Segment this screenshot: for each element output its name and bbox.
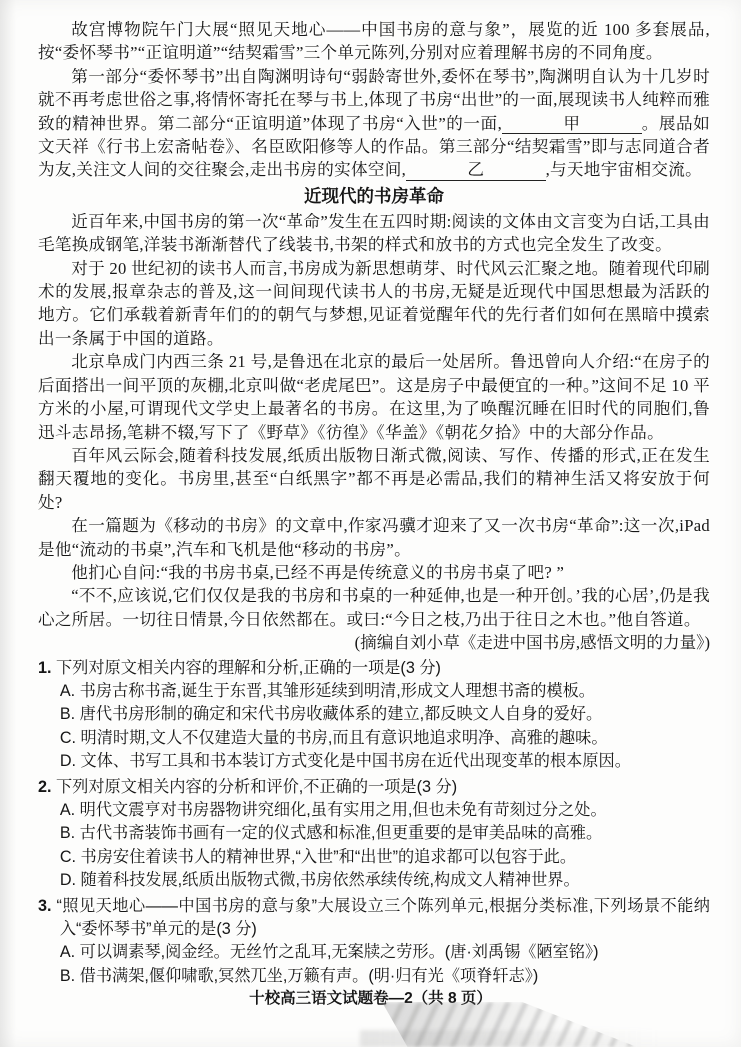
passage-paragraph: 他扪心自问:“我的书房书桌,已经不再是传统意义的书房书桌了吧? ”	[38, 561, 710, 584]
question-option-C: C. 书房安住着读书人的精神世界,“入世”和“出世”的追求都可以包容于此。	[60, 846, 710, 869]
fill-blank-甲: 甲	[502, 115, 641, 134]
question-option-B: B. 借书满架,偃仰啸歌,冥然兀坐,万籁有声。(明·归有光《项脊轩志》)	[60, 965, 710, 988]
question-option-A: A. 明代文震亨对书房器物讲究细化,虽有实用之用,但也未免有苛刻过分之处。	[60, 799, 710, 822]
question-3: 3. “照见天地心——中国书房的意与象”大展设立三个陈列单元,根据分类标准,下列…	[38, 895, 710, 989]
question-option-D: D. 文体、书写工具和书本装订方式变化是中国书房在近代出现变革的根本原因。	[60, 750, 710, 773]
question-number: 1.	[38, 659, 56, 677]
passage-paragraph: 第一部分“委怀琴书”出自陶渊明诗句“弱龄寄世外,委怀在琴书”,陶渊明自认为十几岁…	[38, 65, 710, 182]
passage-intro: 故宫博物院午门大展“照见天地心——中国书房的意与象”，展览的近 100 多套展品…	[38, 18, 710, 182]
page-content: 故宫博物院午门大展“照见天地心——中国书房的意与象”，展览的近 100 多套展品…	[38, 18, 710, 990]
question-option-D: D. 随着科技发展,纸质出版物式微,书房依然承续传统,构成文人精神世界。	[60, 869, 710, 892]
passage-paragraph: “不不,应该说,它们仅仅是我的书房和书桌的一种延伸,也是一种开创。’我的心居’,…	[38, 584, 710, 631]
fill-blank-乙: 乙	[406, 161, 545, 180]
questions-section: 1. 下列对原文相关内容的理解和分析,正确的一项是(3 分)A. 书房古称书斋,…	[38, 657, 710, 989]
question-1: 1. 下列对原文相关内容的理解和分析,正确的一项是(3 分)A. 书房古称书斋,…	[38, 657, 710, 774]
passage-attribution: (摘编自刘小草《走进中国书房,感悟文明的力量》)	[38, 631, 710, 654]
question-option-B: B. 唐代书房形制的确定和宋代书房收藏体系的建立,都反映文人自身的爱好。	[60, 703, 710, 726]
question-2: 2. 下列对原文相关内容的分析和评价,不正确的一项是(3 分)A. 明代文震亨对…	[38, 776, 710, 893]
scan-fold-shadow-soft	[360, 1030, 660, 1047]
passage-paragraph: 北京阜成门内西三条 21 号,是鲁迅在北京的最后一处居所。鲁迅曾向人介绍:“在房…	[38, 350, 710, 444]
passage-section-heading: 近现代的书房革命	[38, 185, 710, 208]
passage-paragraph: 在一篇题为《移动的书房》的文章中,作家冯骥才迎来了又一次书房“革命”:这一次,i…	[38, 514, 710, 561]
exam-page: 故宫博物院午门大展“照见天地心——中国书房的意与象”，展览的近 100 多套展品…	[0, 0, 741, 1047]
question-stem: 3. “照见天地心——中国书房的意与象”大展设立三个陈列单元,根据分类标准,下列…	[38, 895, 710, 942]
question-option-B: B. 古代书斋装饰书画有一定的仪式感和标准,但更重要的是审美品味的高雅。	[60, 822, 710, 845]
passage-paragraph: 近百年来,中国书房的第一次“革命”发生在五四时期:阅读的文体由文言变为白话,工具…	[38, 210, 710, 257]
question-number: 2.	[38, 778, 56, 796]
passage-body: 近百年来,中国书房的第一次“革命”发生在五四时期:阅读的文体由文言变为白话,工具…	[38, 210, 710, 631]
passage-paragraph: 百年风云际会,随着科技发展,纸质出版物日渐式微,阅读、写作、传播的形式,正在发生…	[38, 444, 710, 514]
question-stem-text: 下列对原文相关内容的分析和评价,不正确的一项是(3 分)	[56, 778, 457, 796]
question-stem: 1. 下列对原文相关内容的理解和分析,正确的一项是(3 分)	[38, 657, 710, 680]
passage-paragraph: 对于 20 世纪初的读书人而言,书房成为新思想萌芽、时代风云汇聚之地。随着现代印…	[38, 257, 710, 351]
question-option-A: A. 可以调素琴,阅金经。无丝竹之乱耳,无案牍之劳形。(唐·刘禹锡《陋室铭》)	[60, 941, 710, 964]
page-footer: 十校高三语文试题卷—2（共 8 页）	[0, 986, 741, 1008]
question-stem-text: “照见天地心——中国书房的意与象”大展设立三个陈列单元,根据分类标准,下列场景不…	[56, 897, 710, 938]
question-number: 3.	[38, 897, 56, 915]
question-option-C: C. 明清时期,文人不仅建造大量的书房,而且有意识地追求明净、高雅的趣味。	[60, 727, 710, 750]
question-stem: 2. 下列对原文相关内容的分析和评价,不正确的一项是(3 分)	[38, 776, 710, 799]
scan-edge-shade	[0, 0, 16, 1047]
question-option-A: A. 书房古称书斋,诞生于东晋,其雏形延续到明清,形成文人理想书斋的模板。	[60, 680, 710, 703]
scan-fold-shadow	[382, 1002, 637, 1047]
passage-paragraph: 故宫博物院午门大展“照见天地心——中国书房的意与象”，展览的近 100 多套展品…	[38, 18, 710, 65]
question-stem-text: 下列对原文相关内容的理解和分析,正确的一项是(3 分)	[56, 659, 441, 677]
